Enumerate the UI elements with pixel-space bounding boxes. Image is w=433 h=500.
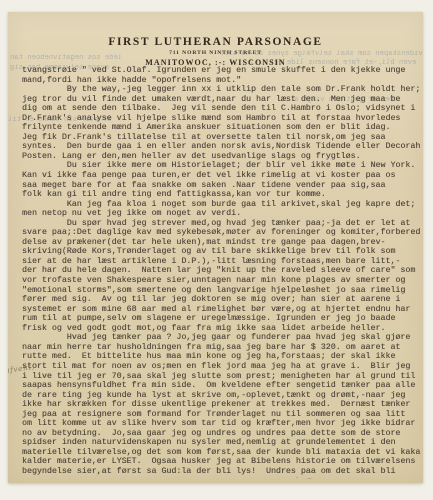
pencil-marks: - –: [295, 474, 314, 482]
letter-line: vor trofaste ven Shakespeare sier,unntag…: [22, 276, 423, 286]
letter-line: Dr.Frank's analyse vil hjelpe slike mænd…: [22, 114, 423, 124]
letter-line: naar min herre tar husholdningen fra mig…: [22, 343, 423, 353]
letter-line: dig om at sende den tilbake. Jeg vil sen…: [22, 104, 423, 114]
letter-line: mand,fordi han ikke hadde "opofrelsens m…: [22, 76, 423, 86]
letterhead-street-address: 711 NORTH NINTH STREET: [8, 50, 423, 56]
letter-line: men netop nu vet jeg ikke om noget av ve…: [22, 209, 423, 219]
letter-line: der har du hele dagen. Natten lar jeg "k…: [22, 266, 423, 276]
letterhead-organization: FIRST LUTHERAN PARSONAGE: [8, 36, 423, 48]
letter-line: Kan jeg faa kloa i noget som burde gaa t…: [22, 200, 423, 210]
letter-line: folk kan gi til andre ting end fattigkas…: [22, 190, 423, 200]
letter-line: Jeg fik Dr.Frank's tillatelse til at ove…: [22, 133, 423, 143]
letter-line: Hvad jeg tænker paa ? Jo,jeg gaar og fun…: [22, 333, 423, 343]
letter-line: stort til mat for noen av os;men en flek…: [22, 362, 423, 372]
letter-line: Kan vi ikke faa penge paa turen,er det v…: [22, 171, 423, 181]
letter-line: tvangstrøie " ved St.Olaf. Igrunden er j…: [22, 66, 423, 76]
letter-line: ikke har skrækken for disse ukentlige pr…: [22, 400, 423, 410]
letter-line: jeg tror du vil finde det umaken værdt,n…: [22, 95, 423, 105]
letter-line: rum til at pumpe,selv om slagene er ureg…: [22, 314, 423, 324]
letter-line: frilynte tenkende mænd i Amerika anskuer…: [22, 123, 423, 133]
letter-line: systemet er som mine 68 aar med al rimel…: [22, 305, 423, 315]
letter-line: materielle tilværelse,og det som kom før…: [22, 448, 423, 458]
letter-line: By the way,-jeg legger inn xx i utklip d…: [22, 85, 423, 95]
letter-line: i live til jeg er 70,saa skal jeg slutte…: [22, 372, 423, 382]
letter-line: saapas hensynsfuldhet fra min side. Om k…: [22, 381, 423, 391]
letter-line: de rare ting jeg kunde ha lyst at skrive…: [22, 391, 423, 401]
letter-line: svare paa;:Det daglige kav med sykebesøk…: [22, 228, 423, 238]
letter-line: skriving(Røde Kors,Trønderlaget og av ti…: [22, 247, 423, 257]
letterhead: FIRST LUTHERAN PARSONAGE 711 NORTH NINTH…: [8, 36, 423, 67]
letter-line: "emotional storms",som smertene og den l…: [22, 286, 423, 296]
letter-line: rutte med. Et bittelite hus maa min kone…: [22, 352, 423, 362]
letter-line: Du sier ikke mere om Historielaget; der …: [22, 161, 423, 171]
letter-body: tvangstrøie " ved St.Olaf. Igrunden er j…: [22, 66, 423, 477]
letter-line: kalder materie,er LYSET. Ogsaa husker je…: [22, 457, 423, 467]
letter-line: saa meget bare for at faa snakke om sake…: [22, 181, 423, 191]
letter-line: om litt komme ut av slike hverv som tar …: [22, 419, 423, 429]
letter-line: Du spør hvad jeg strever med,og hvad jeg…: [22, 219, 423, 229]
letter-line: begyndelse sier,at først sa Gud:la der b…: [22, 467, 423, 477]
letter-line: delse av prækener(det tar hele uken),mat…: [22, 238, 423, 248]
letter-line: no av betydning. Jo,saa gaar jeg og undr…: [22, 429, 423, 439]
letter-paper: naturvidenskapen som skal selvfølge syne…: [8, 12, 423, 483]
letter-line: spidser inden naturvidenskapen nu sysler…: [22, 438, 423, 448]
letter-line: syntes. Den burde gaa i en eller anden n…: [22, 142, 423, 152]
letter-line: frisk og ved godt godt mot,og faar fra m…: [22, 324, 423, 334]
letter-line: fører med sig. Av og til lar jeg doktore…: [22, 295, 423, 305]
letter-line: jeg paa at resignere som formand for Trø…: [22, 410, 423, 420]
scanned-letter: naturvidenskapen som skal selvfølge syne…: [0, 0, 433, 500]
